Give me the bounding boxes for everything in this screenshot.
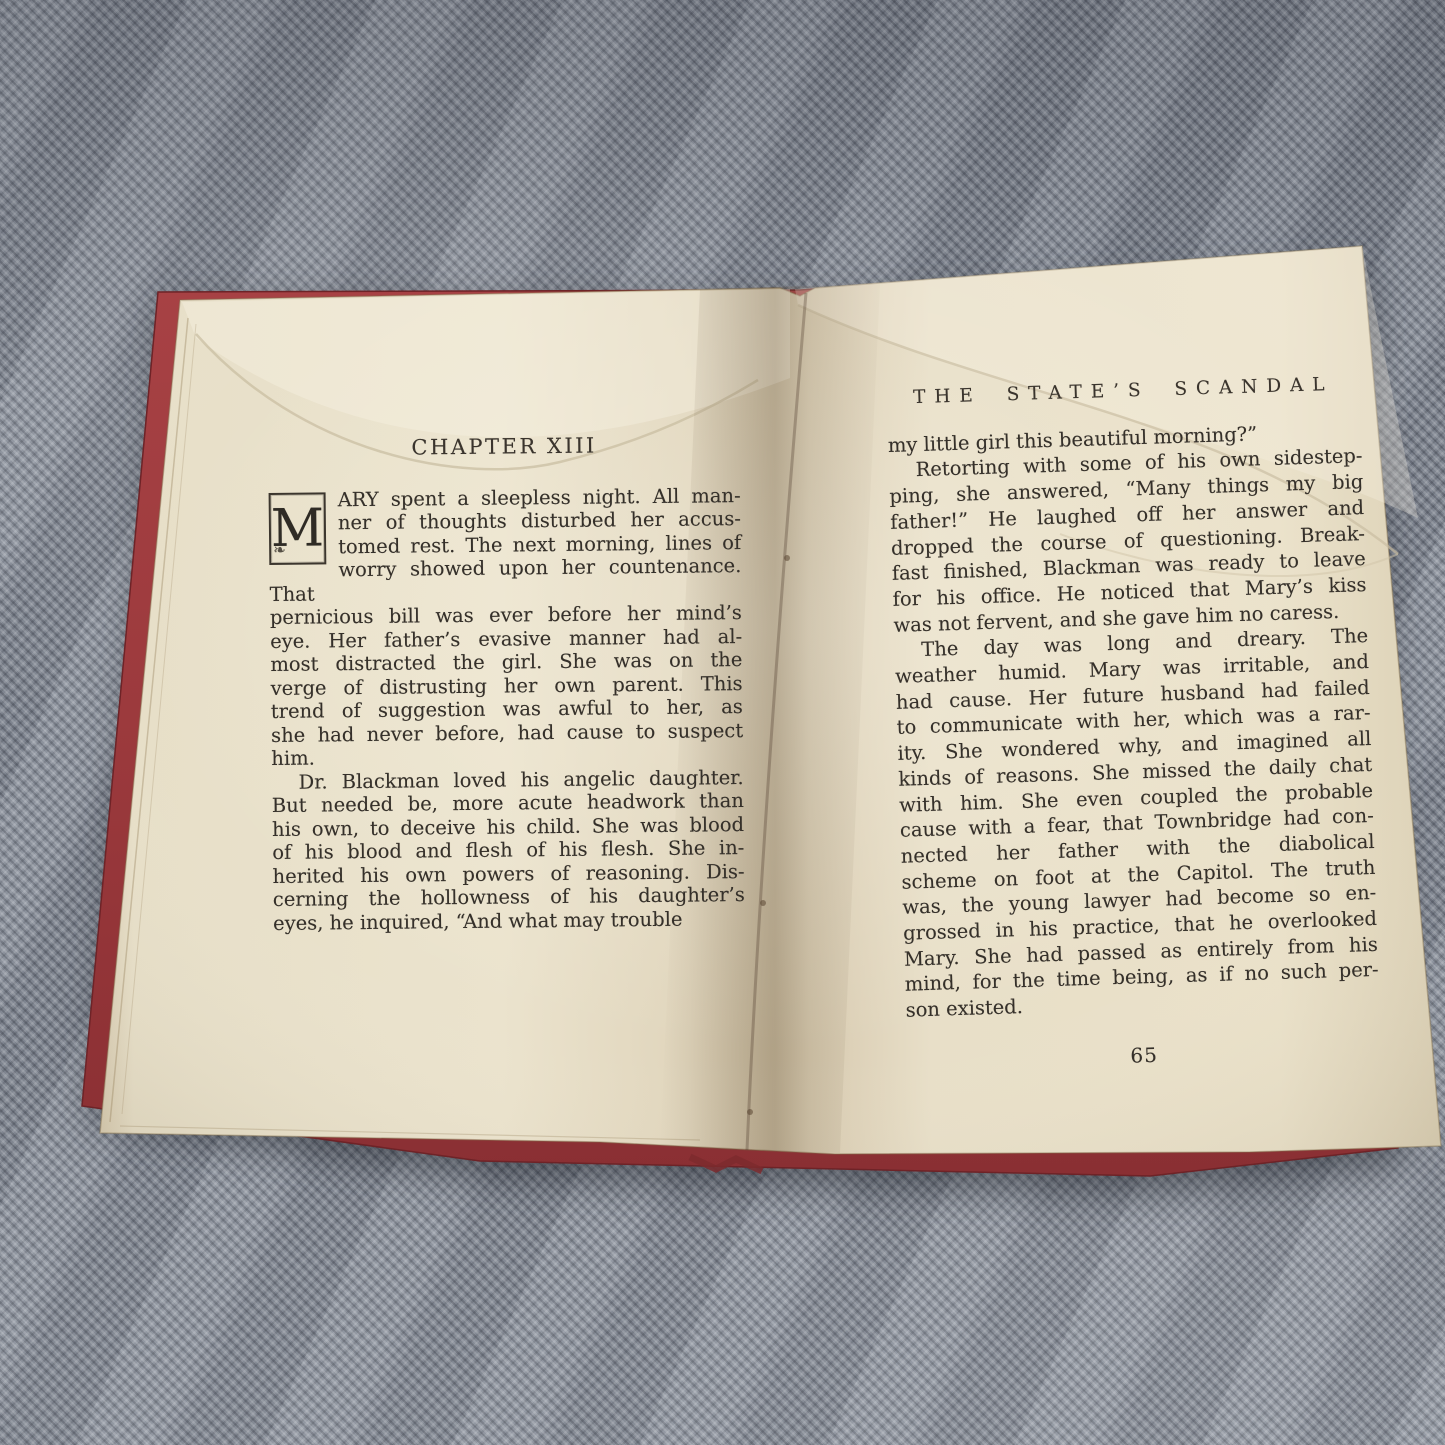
ornamental-drop-cap: M bbox=[269, 492, 327, 565]
text-line: worry showed upon her countenance. That bbox=[269, 554, 741, 606]
paragraph: Retorting with some of his own sidestep-… bbox=[888, 443, 1367, 638]
paragraph: Dr. Blackman loved his angelic daughter.… bbox=[271, 766, 745, 935]
chapter-heading: CHAPTER XIII bbox=[268, 433, 740, 461]
paragraph: The day was long and dreary. Theweather … bbox=[894, 623, 1380, 1023]
open-book-photo: CHAPTER XIII MARY spent a sleepless nigh… bbox=[0, 0, 1445, 1445]
left-page: CHAPTER XIII MARY spent a sleepless nigh… bbox=[268, 433, 745, 935]
stitch-hole bbox=[760, 900, 766, 906]
right-page-body: my little girl this beautiful morning?”R… bbox=[887, 418, 1379, 1024]
text-line: eyes, he inquired, “And what may trouble bbox=[273, 907, 745, 935]
stitch-hole bbox=[747, 1109, 753, 1115]
text-line: she had never before, had cause to suspe… bbox=[271, 719, 743, 747]
right-page: THE STATE’S SCANDAL my little girl this … bbox=[886, 371, 1381, 1076]
paragraph: MARY spent a sleepless night. All man-ne… bbox=[269, 484, 744, 771]
left-page-body: MARY spent a sleepless night. All man-ne… bbox=[269, 484, 746, 935]
stitch-hole bbox=[784, 555, 790, 561]
